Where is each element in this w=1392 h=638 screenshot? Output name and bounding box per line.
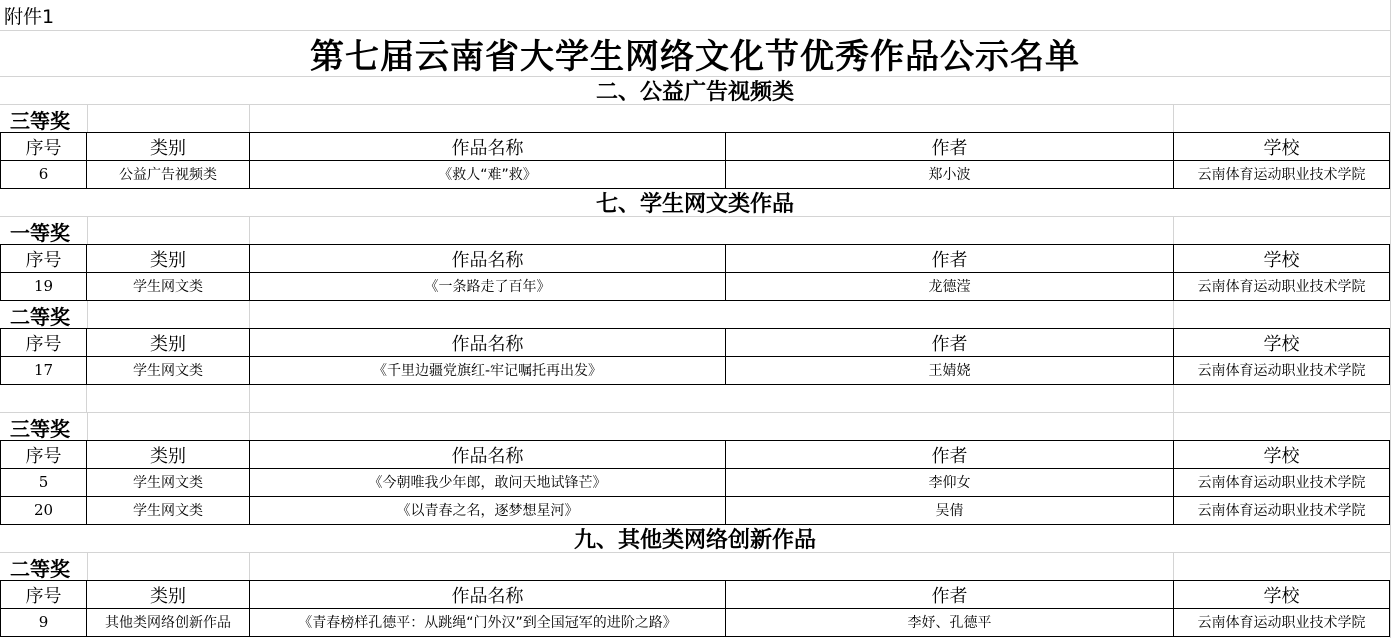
cell-no[interactable]: 9	[0, 608, 87, 636]
empty-cell[interactable]	[87, 385, 250, 412]
column-header-no[interactable]: 序号	[0, 245, 87, 272]
column-header-no[interactable]: 序号	[0, 329, 87, 356]
award-row: 二等奖	[0, 553, 1390, 581]
empty-cell[interactable]	[1174, 385, 1390, 412]
column-header-category[interactable]: 类别	[87, 329, 250, 356]
cell-author[interactable]: 李仰女	[726, 468, 1174, 496]
table-row: 6 公益广告视频类 《救人“难”救》 郑小波 云南体育运动职业技术学院	[0, 160, 1390, 189]
cell-no[interactable]: 19	[0, 272, 87, 300]
cell-author[interactable]: 龙德滢	[726, 272, 1174, 300]
empty-cell[interactable]	[726, 217, 1174, 245]
cell-school[interactable]: 云南体育运动职业技术学院	[1174, 356, 1390, 384]
cell-category[interactable]: 其他类网络创新作品	[87, 608, 250, 636]
table-header-row: 序号 类别 作品名称 作者 学校	[0, 328, 1390, 357]
column-header-no[interactable]: 序号	[0, 133, 87, 160]
award-label[interactable]: 一等奖	[0, 217, 87, 245]
empty-cell[interactable]	[250, 301, 726, 329]
section-heading-row: 二、公益广告视频类	[0, 77, 1390, 105]
empty-cell[interactable]	[726, 413, 1174, 441]
column-header-author[interactable]: 作者	[726, 329, 1174, 356]
empty-cell[interactable]	[726, 553, 1174, 581]
attachment-row: 附件1	[0, 0, 1390, 31]
sheet-right-border	[1390, 0, 1391, 638]
cell-school[interactable]: 云南体育运动职业技术学院	[1174, 160, 1390, 188]
section-heading[interactable]: 七、学生网文类作品	[0, 189, 1390, 216]
cell-author[interactable]: 郑小波	[726, 160, 1174, 188]
cell-author[interactable]: 李妤、孔德平	[726, 608, 1174, 636]
award-label[interactable]: 三等奖	[0, 105, 87, 133]
cell-no[interactable]: 5	[0, 468, 87, 496]
column-header-school[interactable]: 学校	[1174, 441, 1390, 468]
empty-cell[interactable]	[87, 217, 250, 245]
column-header-school[interactable]: 学校	[1174, 245, 1390, 272]
column-header-author[interactable]: 作者	[726, 133, 1174, 160]
cell-work[interactable]: 《救人“难”救》	[250, 160, 726, 188]
empty-cell[interactable]	[726, 385, 1174, 412]
column-header-category[interactable]: 类别	[87, 133, 250, 160]
cell-work[interactable]: 《青春榜样孔德平：从跳绳“门外汉”到全国冠军的进阶之路》	[250, 608, 726, 636]
empty-cell[interactable]	[0, 385, 87, 412]
empty-cell[interactable]	[1174, 301, 1390, 329]
empty-cell[interactable]	[87, 553, 250, 581]
cell-category[interactable]: 公益广告视频类	[87, 160, 250, 188]
column-header-work[interactable]: 作品名称	[250, 245, 726, 272]
empty-cell[interactable]	[1174, 217, 1390, 245]
cell-work[interactable]: 《今朝唯我少年郎，敢问天地试锋芒》	[250, 468, 726, 496]
cell-category[interactable]: 学生网文类	[87, 496, 250, 524]
cell-no[interactable]: 17	[0, 356, 87, 384]
empty-cell[interactable]	[87, 413, 250, 441]
empty-cell[interactable]	[726, 301, 1174, 329]
column-header-work[interactable]: 作品名称	[250, 329, 726, 356]
award-row: 三等奖	[0, 105, 1390, 133]
table-row: 17 学生网文类 《千里边疆党旗红-牢记嘱托再出发》 王婧娆 云南体育运动职业技…	[0, 356, 1390, 385]
award-row: 一等奖	[0, 217, 1390, 245]
cell-school[interactable]: 云南体育运动职业技术学院	[1174, 468, 1390, 496]
table-header-row: 序号 类别 作品名称 作者 学校	[0, 580, 1390, 609]
table-row: 19 学生网文类 《一条路走了百年》 龙德滢 云南体育运动职业技术学院	[0, 272, 1390, 301]
column-header-no[interactable]: 序号	[0, 581, 87, 608]
cell-school[interactable]: 云南体育运动职业技术学院	[1174, 272, 1390, 300]
section-heading-row: 七、学生网文类作品	[0, 189, 1390, 217]
column-header-work[interactable]: 作品名称	[250, 133, 726, 160]
column-header-author[interactable]: 作者	[726, 581, 1174, 608]
empty-cell[interactable]	[87, 105, 250, 133]
empty-cell[interactable]	[1174, 413, 1390, 441]
cell-author[interactable]: 吴倩	[726, 496, 1174, 524]
column-header-school[interactable]: 学校	[1174, 133, 1390, 160]
column-header-work[interactable]: 作品名称	[250, 441, 726, 468]
column-header-no[interactable]: 序号	[0, 441, 87, 468]
table-header-row: 序号 类别 作品名称 作者 学校	[0, 132, 1390, 161]
column-header-category[interactable]: 类别	[87, 581, 250, 608]
column-header-work[interactable]: 作品名称	[250, 581, 726, 608]
cell-no[interactable]: 6	[0, 160, 87, 188]
empty-cell[interactable]	[726, 105, 1174, 133]
column-header-category[interactable]: 类别	[87, 245, 250, 272]
column-header-author[interactable]: 作者	[726, 441, 1174, 468]
empty-cell[interactable]	[250, 105, 726, 133]
table-row: 5 学生网文类 《今朝唯我少年郎，敢问天地试锋芒》 李仰女 云南体育运动职业技术…	[0, 468, 1390, 497]
cell-school[interactable]: 云南体育运动职业技术学院	[1174, 496, 1390, 524]
blank-row	[0, 385, 1390, 413]
empty-cell[interactable]	[250, 385, 726, 412]
empty-cell[interactable]	[1174, 105, 1390, 133]
table-row: 9 其他类网络创新作品 《青春榜样孔德平：从跳绳“门外汉”到全国冠军的进阶之路》…	[0, 608, 1390, 637]
award-label[interactable]: 三等奖	[0, 413, 87, 441]
cell-work[interactable]: 《千里边疆党旗红-牢记嘱托再出发》	[250, 356, 726, 384]
empty-cell[interactable]	[87, 301, 250, 329]
section-heading[interactable]: 二、公益广告视频类	[0, 77, 1390, 104]
cell-category[interactable]: 学生网文类	[87, 356, 250, 384]
table-row: 20 学生网文类 《以青春之名，逐梦想星河》 吴倩 云南体育运动职业技术学院	[0, 496, 1390, 525]
award-row: 二等奖	[0, 301, 1390, 329]
empty-cell[interactable]	[250, 553, 726, 581]
cell-author[interactable]: 王婧娆	[726, 356, 1174, 384]
column-header-school[interactable]: 学校	[1174, 329, 1390, 356]
page-title[interactable]: 第七届云南省大学生网络文化节优秀作品公示名单	[0, 31, 1390, 76]
table-header-row: 序号 类别 作品名称 作者 学校	[0, 244, 1390, 273]
column-header-category[interactable]: 类别	[87, 441, 250, 468]
section-heading[interactable]: 九、其他类网络创新作品	[0, 525, 1390, 552]
award-label[interactable]: 二等奖	[0, 301, 87, 329]
title-row: 第七届云南省大学生网络文化节优秀作品公示名单	[0, 31, 1390, 77]
table-header-row: 序号 类别 作品名称 作者 学校	[0, 440, 1390, 469]
cell-category[interactable]: 学生网文类	[87, 468, 250, 496]
cell-work[interactable]: 《一条路走了百年》	[250, 272, 726, 300]
cell-category[interactable]: 学生网文类	[87, 272, 250, 300]
cell-school[interactable]: 云南体育运动职业技术学院	[1174, 608, 1390, 636]
award-label[interactable]: 二等奖	[0, 553, 87, 581]
column-header-author[interactable]: 作者	[726, 245, 1174, 272]
empty-cell[interactable]	[250, 413, 726, 441]
empty-cell[interactable]	[250, 217, 726, 245]
column-header-school[interactable]: 学校	[1174, 581, 1390, 608]
section-heading-row: 九、其他类网络创新作品	[0, 525, 1390, 553]
empty-cell[interactable]	[1174, 553, 1390, 581]
award-row: 三等奖	[0, 413, 1390, 441]
attachment-label[interactable]: 附件1	[0, 0, 1390, 30]
cell-work[interactable]: 《以青春之名，逐梦想星河》	[250, 496, 726, 524]
cell-no[interactable]: 20	[0, 496, 87, 524]
